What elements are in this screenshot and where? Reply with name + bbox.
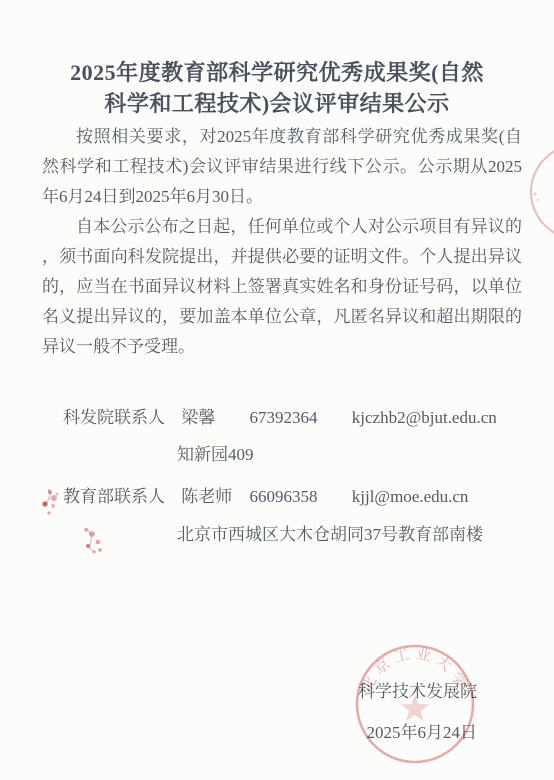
partial-seal-stamp-right (520, 134, 554, 254)
contact-email: kjjl@moe.edu.cn (352, 487, 469, 506)
red-ink-smudge-1 (38, 484, 66, 522)
signature-block: 科学技术发展院 2025年6月24日 (358, 671, 477, 753)
body-paragraph-2: 自本公示公布之日起，任何单位或个人对公示项目有异议的，须书面向科发院提出，并提供… (42, 212, 522, 362)
contact-phone: 67392364 (250, 406, 348, 430)
contact-address-kfy: 知新园409 (177, 443, 497, 467)
title-line-2: 科学和工程技术)会议评审结果公示 (42, 88, 512, 119)
contact-address-moe: 北京市西城区大木仓胡同37号教育部南楼 (177, 523, 497, 547)
partial-seal-ink-dot (533, 192, 536, 195)
contact-row-moe: 教育部联系人 陈老师 66096358 kjjl@moe.edu.cn (63, 485, 497, 509)
contact-address: 北京市西城区大木仓胡同37号教育部南楼 (177, 525, 483, 544)
contact-email: kjczhb2@bjut.edu.cn (352, 408, 497, 427)
document-page: 2025年度教育部科学研究优秀成果奖(自然 科学和工程技术)会议评审结果公示 按… (0, 0, 554, 780)
contact-label: 教育部联系人 (63, 485, 177, 509)
contact-label: 科发院联系人 (63, 406, 177, 430)
partial-seal-circle (531, 145, 554, 239)
contact-phone: 66096358 (250, 485, 348, 509)
contact-address: 知新园409 (177, 445, 254, 464)
contact-name: 陈老师 (181, 485, 245, 509)
page-title: 2025年度教育部科学研究优秀成果奖(自然 科学和工程技术)会议评审结果公示 (42, 57, 512, 119)
document-body: 按照相关要求，对2025年度教育部科学研究优秀成果奖(自然科学和工程技术)会议评… (42, 122, 522, 362)
contact-row-kfy: 科发院联系人 梁馨 67392364 kjczhb2@bjut.edu.cn (63, 406, 497, 430)
contact-section: 科发院联系人 梁馨 67392364 kjczhb2@bjut.edu.cn 知… (63, 406, 497, 547)
body-paragraph-1: 按照相关要求，对2025年度教育部科学研究优秀成果奖(自然科学和工程技术)会议评… (42, 122, 522, 212)
signature-date: 2025年6月24日 (358, 712, 477, 753)
partial-seal-ink-dot (537, 199, 539, 201)
title-line-1: 2025年度教育部科学研究优秀成果奖(自然 (42, 57, 512, 88)
contact-name: 梁馨 (181, 406, 245, 430)
signature-org: 科学技术发展院 (358, 671, 477, 712)
